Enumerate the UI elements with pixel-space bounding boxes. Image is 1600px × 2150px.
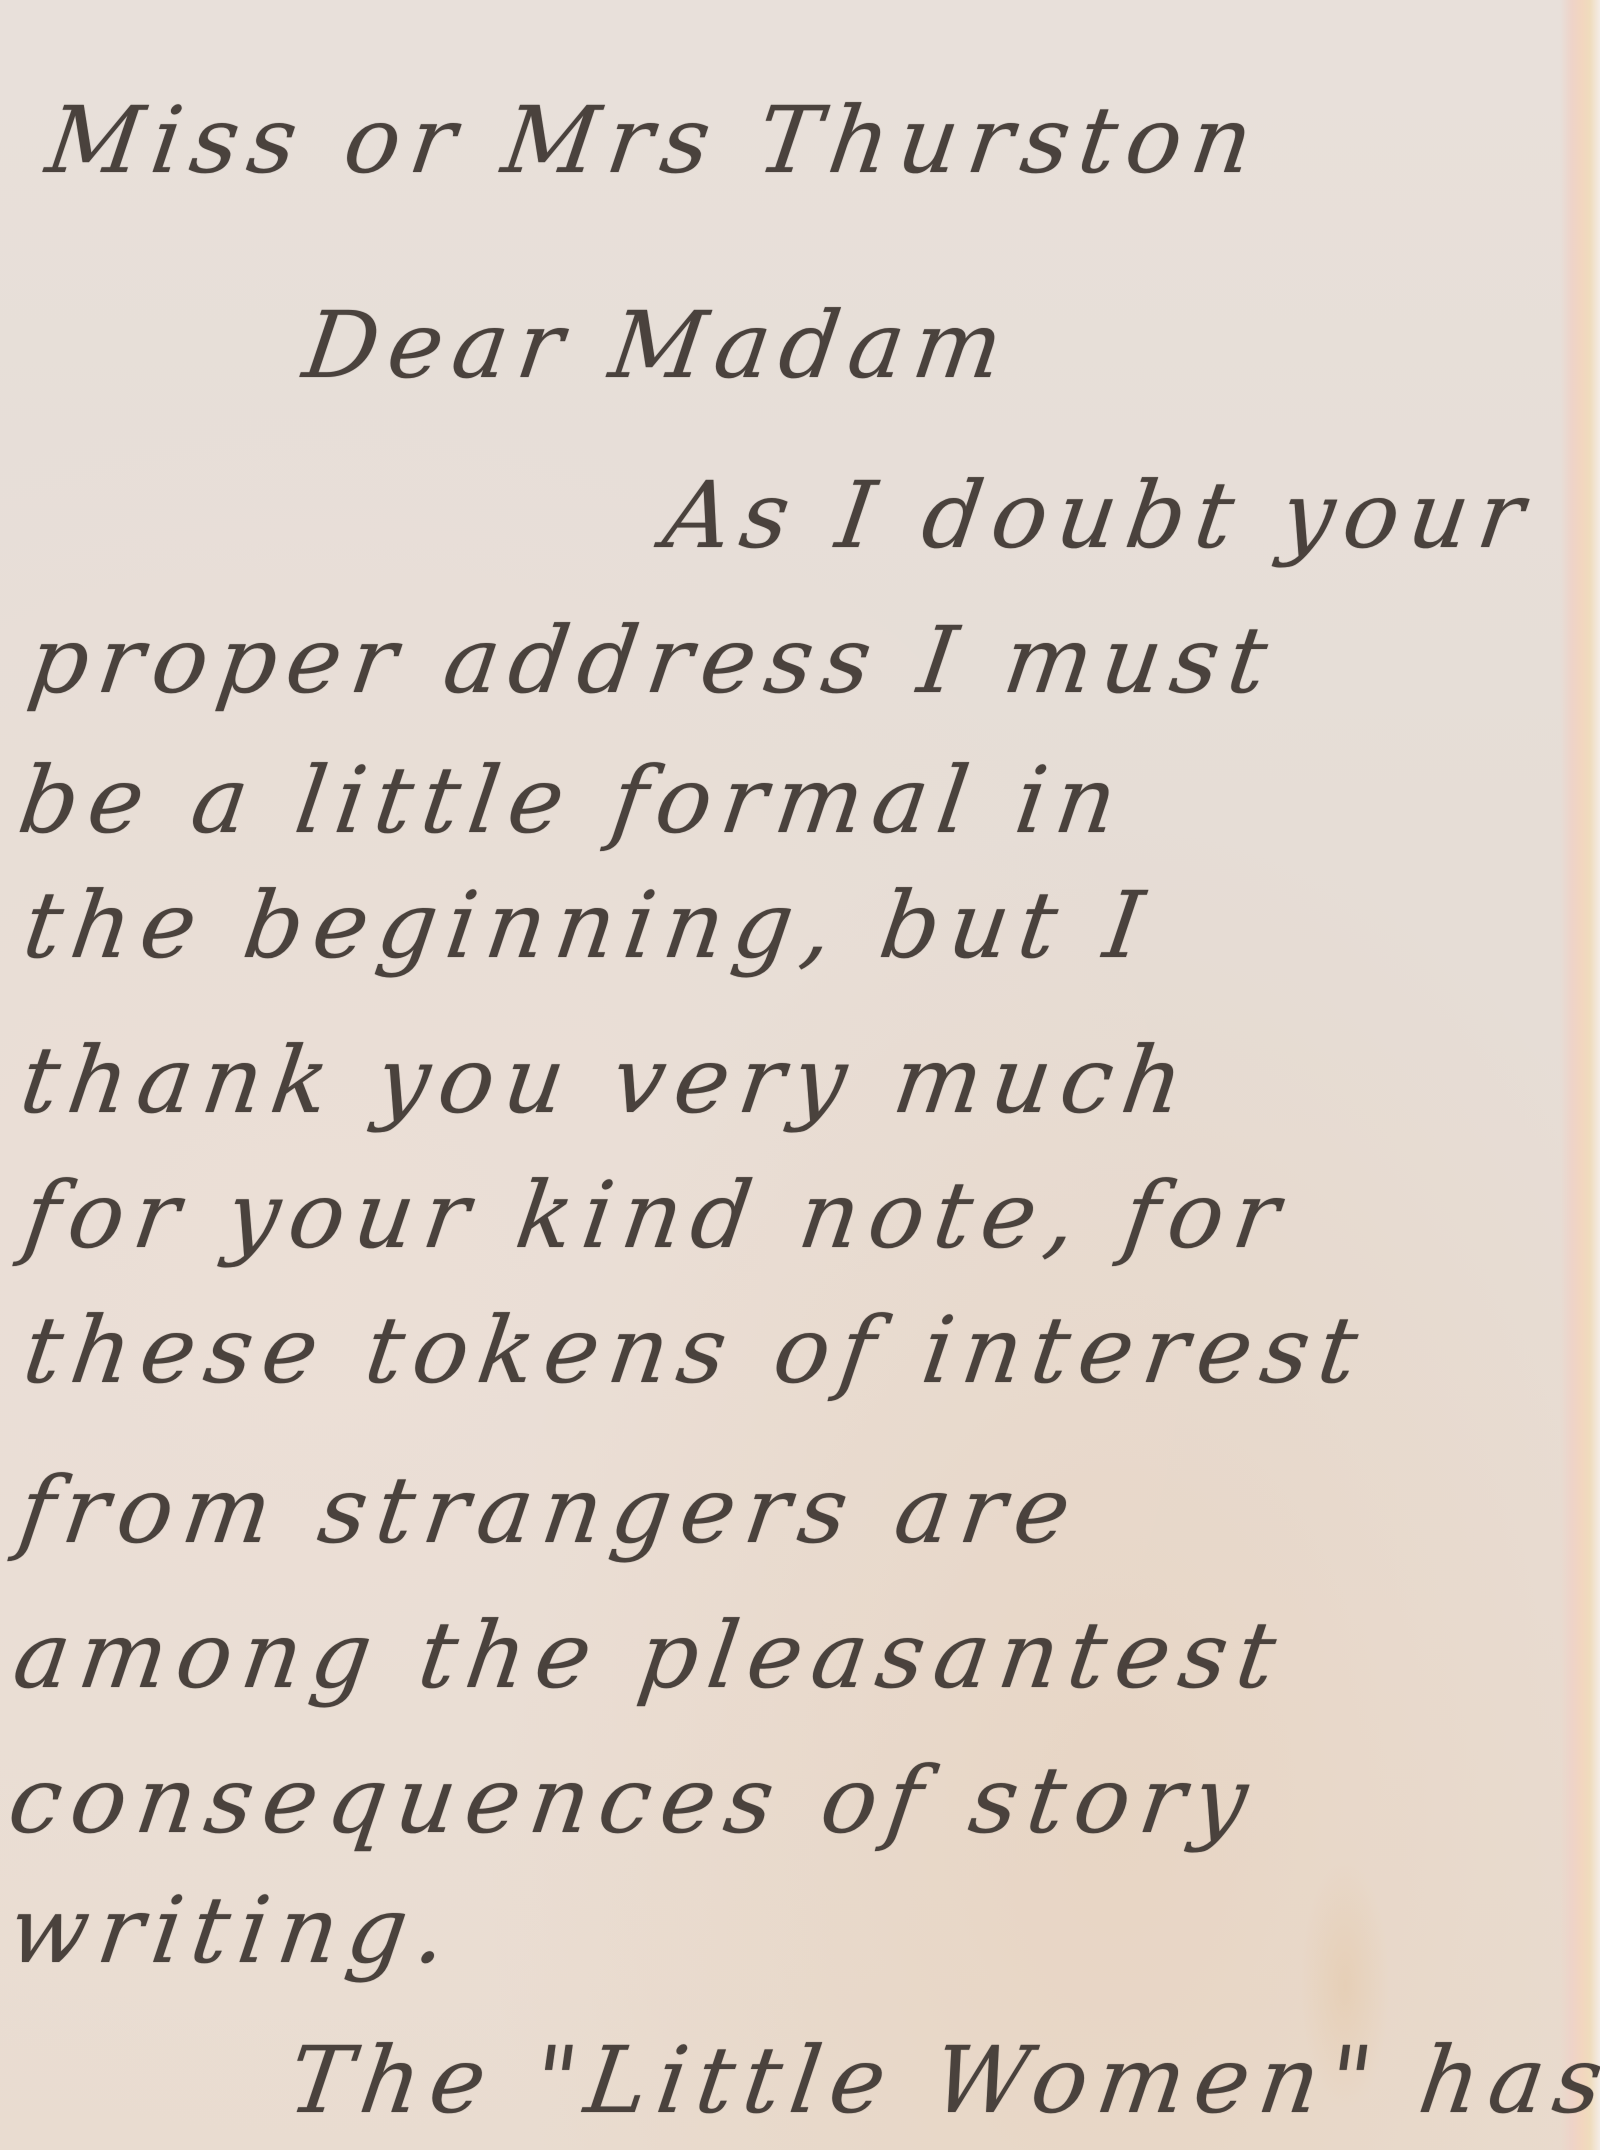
letter-line: the beginning, but I — [19, 880, 1159, 972]
paper-edge — [1560, 0, 1600, 2150]
letter-line: be a little formal in — [14, 755, 1132, 847]
letter-line-salutation: Dear Madam — [299, 300, 1018, 392]
letter-line: writing. — [4, 1885, 463, 1977]
letter-line: among the pleasantest — [9, 1610, 1291, 1702]
letter-line: these tokens of interest — [19, 1305, 1373, 1397]
letter-line: for your kind note, for — [19, 1170, 1295, 1262]
letter-line: from strangers are — [14, 1465, 1086, 1557]
letter-line: As I doubt your — [659, 470, 1540, 562]
letter-page: Miss or Mrs Thurston Dear Madam As I dou… — [0, 0, 1600, 2150]
letter-line-addressee: Miss or Mrs Thurston — [42, 95, 1268, 187]
letter-line: proper address I must — [24, 615, 1283, 707]
letter-line: consequences of story — [4, 1755, 1263, 1847]
letter-line: The "Little Women" has — [284, 2035, 1600, 2127]
letter-line: thank you very much — [16, 1035, 1199, 1127]
